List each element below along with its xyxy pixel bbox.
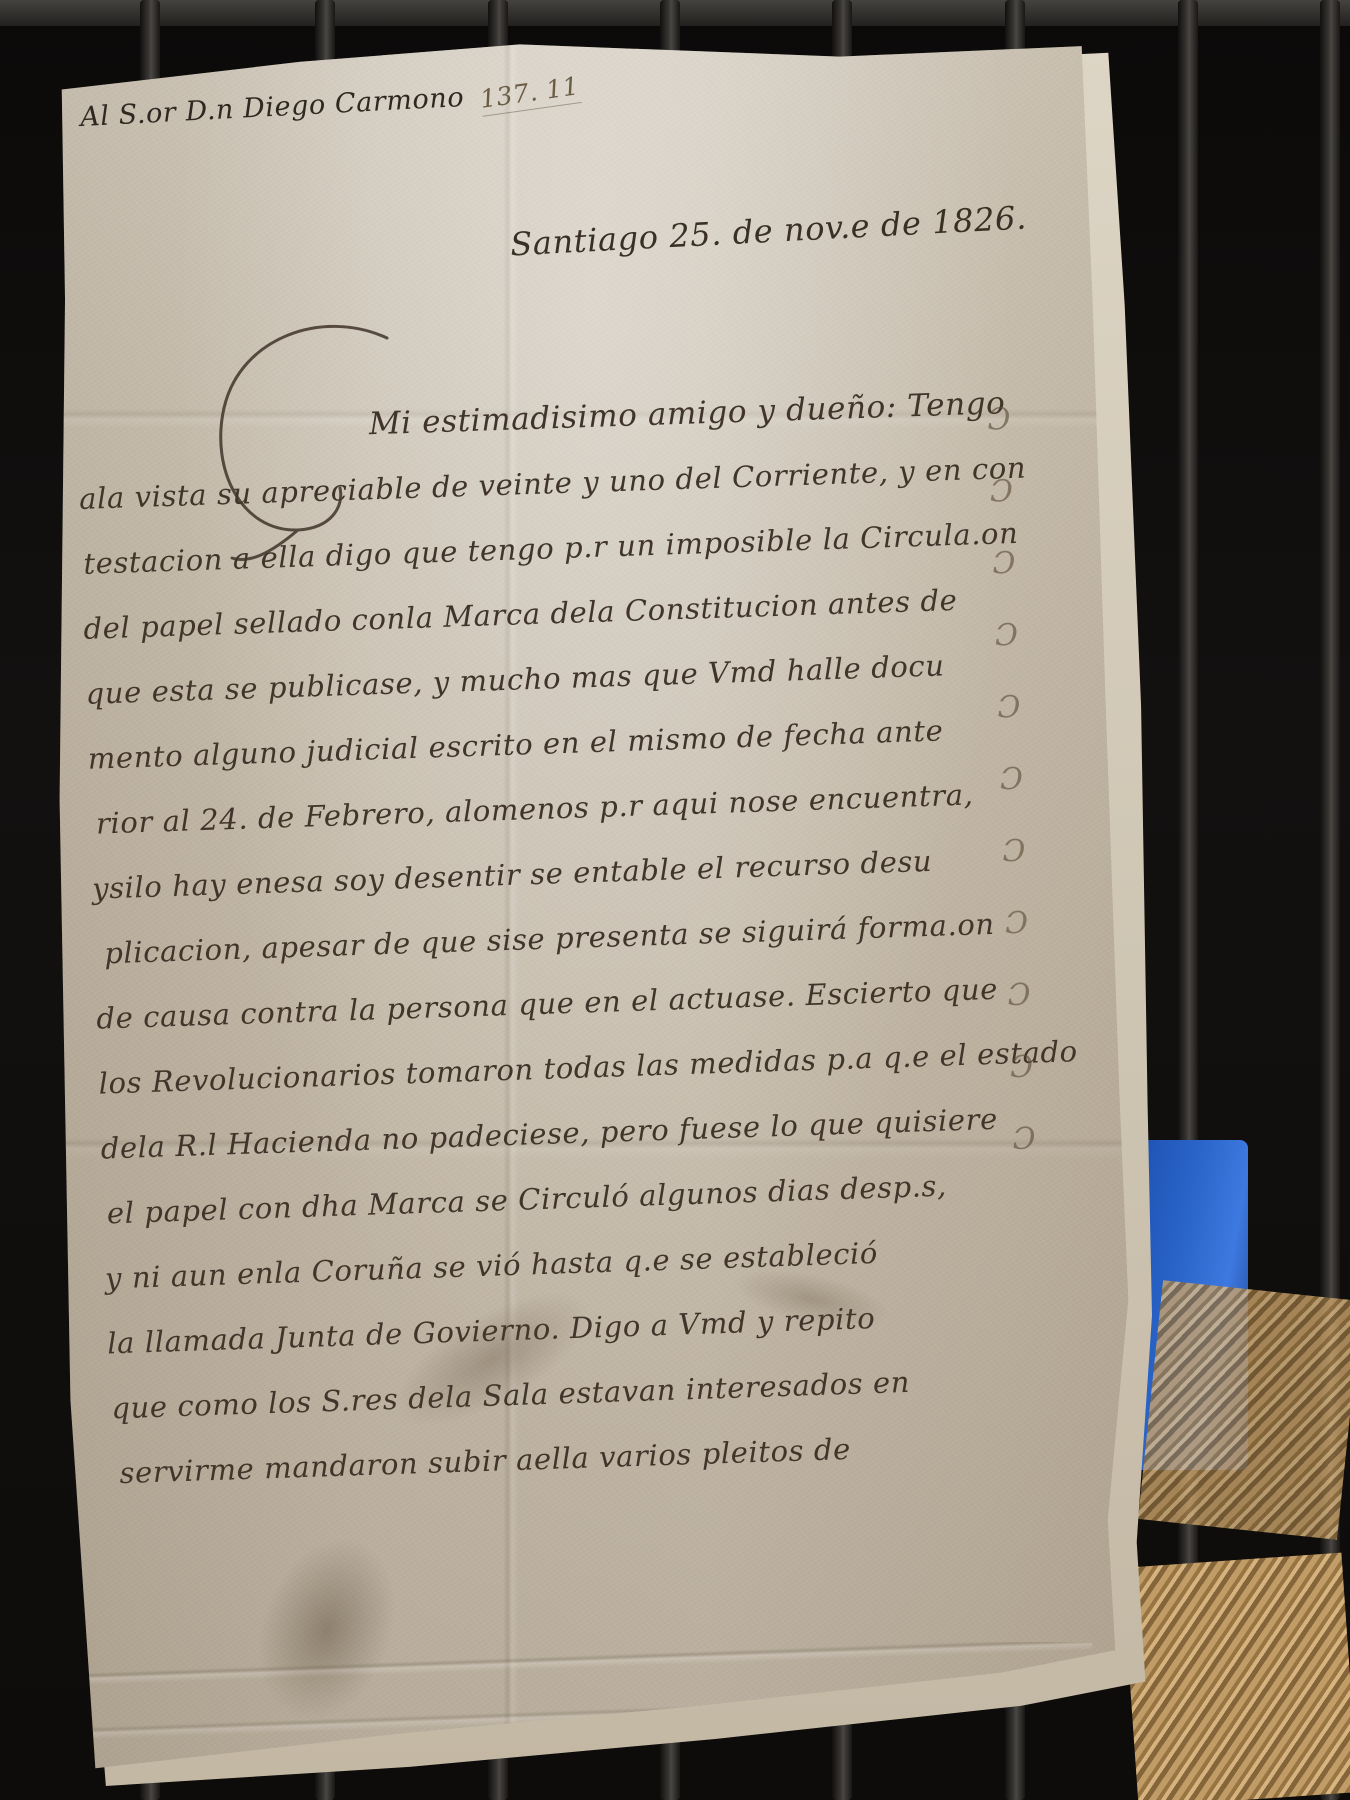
dateline: Santiago 25. de nov.e de 1826. (509, 198, 1027, 263)
letter-paper: Al S.or D.n Diego Carmono 137. 11 Santia… (52, 34, 1137, 1770)
straw-debris (1122, 1553, 1350, 1800)
metal-grate-bar (1178, 0, 1198, 1800)
straw-debris (1138, 1280, 1350, 1540)
addressee-annotation: Al S.or D.n Diego Carmono (79, 82, 464, 133)
photo-of-letter: { "photo": { "scene": "handwritten lette… (0, 0, 1350, 1800)
archive-number: 137. 11 (478, 71, 581, 117)
